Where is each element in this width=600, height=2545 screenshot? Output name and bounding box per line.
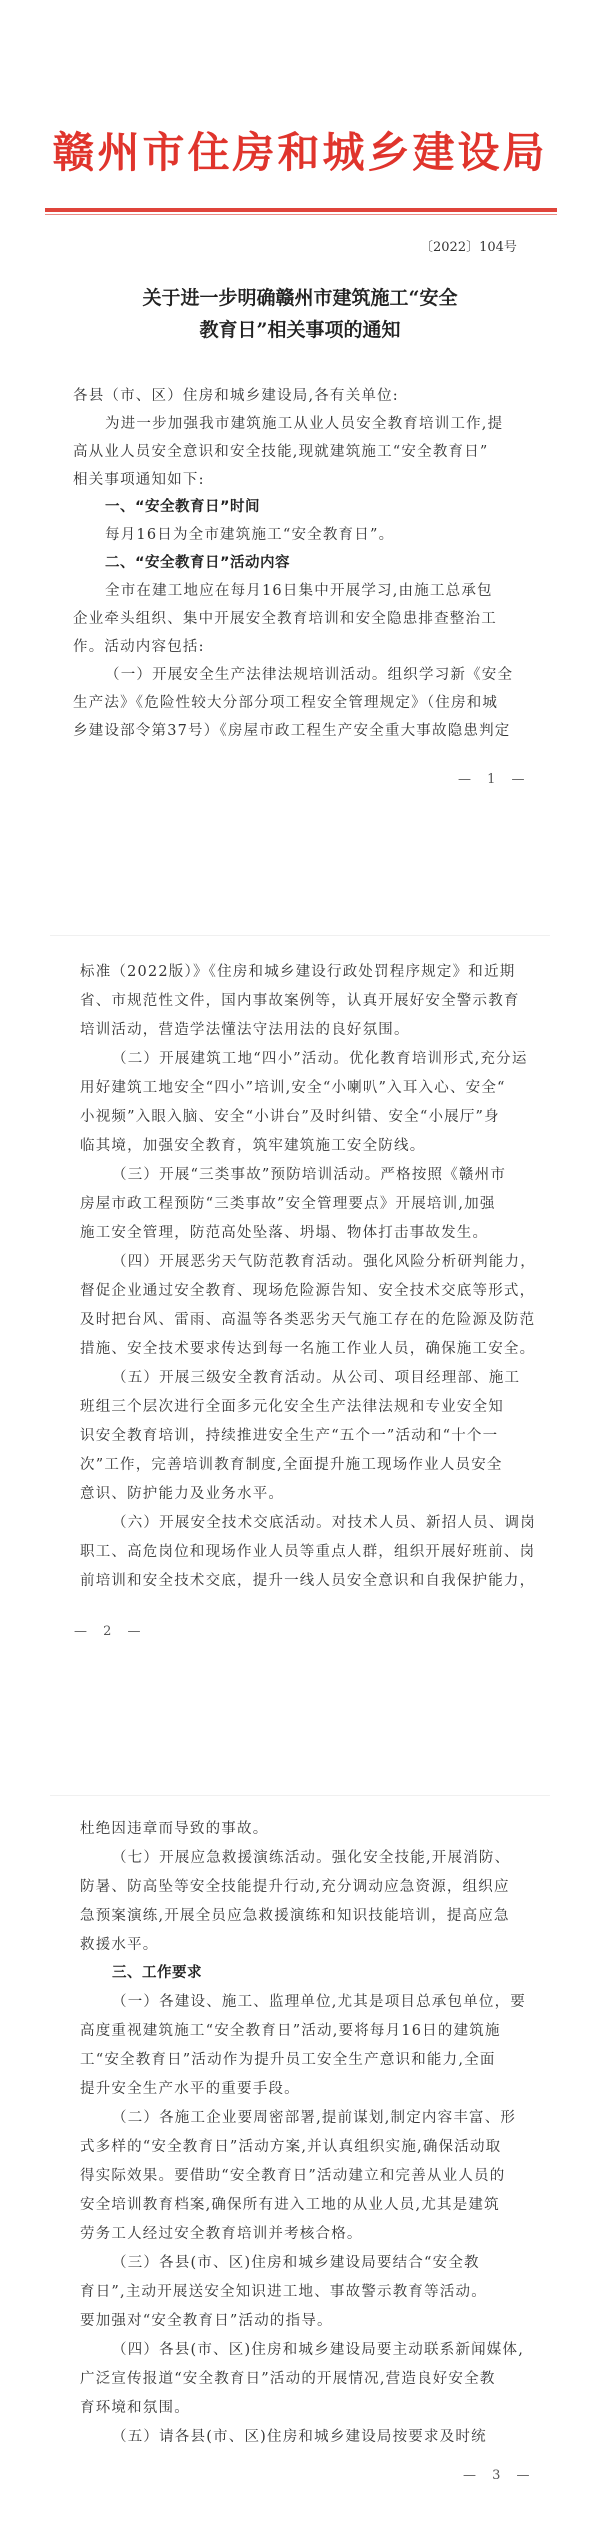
body-line: 救援水平。 [80,1935,535,1955]
body-line: 急预案演练,开展全员应急救援演练和知识技能培训，提高应急 [80,1906,535,1926]
body-line: 防暑、防高坠等安全技能提升行动,充分调动应急资源，组织应 [80,1877,535,1897]
body-line: （二）各施工企业要周密部署,提前谋划,制定内容丰富、形 [112,2108,535,2128]
body-line: （一）各建设、施工、监理单位,尤其是项目总承包单位，要 [112,1992,535,2012]
body-line: 得实际效果。要借助“安全教育日”活动建立和完善从业人员的 [80,2166,535,2186]
page-3: 杜绝因违章而导致的事故。 （七）开展应急救援演练活动。强化安全技能,开展消防、 … [0,0,600,2545]
body-line: 高度重视建筑施工“安全教育日”活动,要将每月16日的建筑施 [80,2021,535,2041]
body-line: 要加强对“安全教育日”活动的指导。 [80,2311,535,2331]
page-number: — 3 — [463,2468,536,2483]
body-line: 式多样的“安全教育日”活动方案,并认真组织实施,确保活动取 [80,2137,535,2157]
section-heading-3: 三、工作要求 [112,1963,535,1983]
body-line: （五）请各县(市、区)住房和城乡建设局按要求及时统 [112,2427,535,2447]
body-line: 育环境和氛围。 [80,2398,535,2418]
body-line: （四）各县(市、区)住房和城乡建设局要主动联系新闻媒体, [112,2340,535,2360]
body-line: 育日”,主动开展送安全知识进工地、事故警示教育等活动。 [80,2282,535,2302]
body-line: 劳务工人经过安全教育培训并考核合格。 [80,2224,535,2244]
body-line: （七）开展应急救援演练活动。强化安全技能,开展消防、 [112,1848,535,1868]
body-line: （三）各县(市、区)住房和城乡建设局要结合“安全教 [112,2253,535,2273]
body-line: 安全培训教育档案,确保所有进入工地的从业人员,尤其是建筑 [80,2195,535,2215]
body-line: 工“安全教育日”活动作为提升员工安全生产意识和能力,全面 [80,2050,535,2070]
body-line: 杜绝因违章而导致的事故。 [80,1819,535,1839]
body-line: 提升安全生产水平的重要手段。 [80,2079,535,2099]
body-line: 广泛宣传报道“安全教育日”活动的开展情况,营造良好安全教 [80,2369,535,2389]
